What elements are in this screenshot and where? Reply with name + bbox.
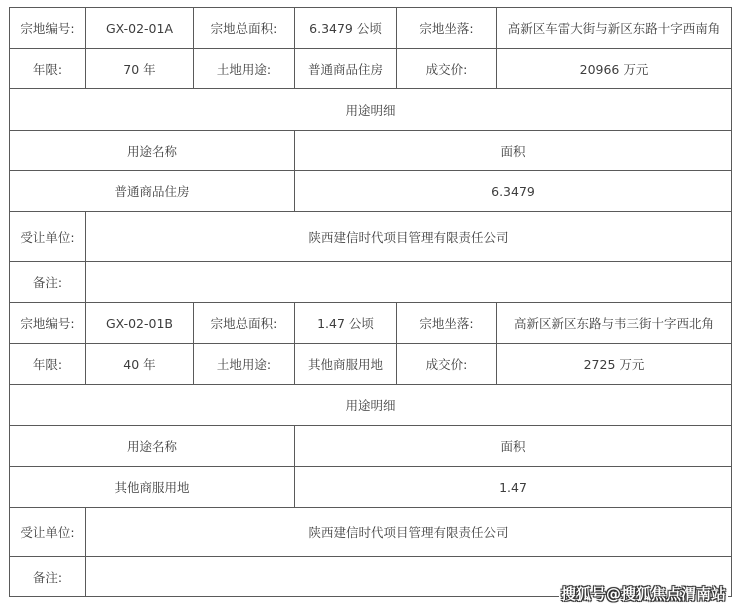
location-label: 宗地坐落: [397,8,497,49]
use-detail-heading: 用途明细 [10,385,732,426]
parcel-2-transferee-row: 受让单位: 陕西建信时代项目管理有限责任公司 [10,508,732,557]
transferee-label: 受让单位: [10,212,86,262]
parcel-1-row-id: 宗地编号: GX-02-01A 宗地总面积: 6.3479 公顷 宗地坐落: 高… [10,8,732,49]
location-label: 宗地坐落: [397,303,497,344]
use-detail-heading: 用途明细 [10,89,732,131]
parcel-2-use-detail-colheads: 用途名称 面积 [10,426,732,467]
area-header: 面积 [295,426,732,467]
parcel-2-use-detail-row: 其他商服用地 1.47 [10,467,732,508]
land-use-value: 普通商品住房 [295,49,397,89]
land-transaction-table: 宗地编号: GX-02-01A 宗地总面积: 6.3479 公顷 宗地坐落: 高… [9,7,732,597]
transferee-value: 陕西建信时代项目管理有限责任公司 [86,508,732,557]
parcel-no-value: GX-02-01B [86,303,194,344]
remarks-label: 备注: [10,262,86,303]
term-label: 年限: [10,49,86,89]
price-label: 成交价: [397,49,497,89]
parcel-no-label: 宗地编号: [10,303,86,344]
remarks-label: 备注: [10,557,86,597]
land-use-value: 其他商服用地 [295,344,397,385]
total-area-value: 6.3479 公顷 [295,8,397,49]
parcel-1-use-detail-colheads: 用途名称 面积 [10,131,732,171]
use-name-value: 普通商品住房 [10,171,295,212]
price-value: 2725 万元 [497,344,732,385]
parcel-1-transferee-row: 受让单位: 陕西建信时代项目管理有限责任公司 [10,212,732,262]
parcel-2-use-detail-header: 用途明细 [10,385,732,426]
price-value: 20966 万元 [497,49,732,89]
land-use-label: 土地用途: [194,344,295,385]
use-name-header: 用途名称 [10,426,295,467]
parcel-1-use-detail-header: 用途明细 [10,89,732,131]
land-transaction-sheet: 宗地编号: GX-02-01A 宗地总面积: 6.3479 公顷 宗地坐落: 高… [9,7,731,597]
price-label: 成交价: [397,344,497,385]
area-header: 面积 [295,131,732,171]
use-name-header: 用途名称 [10,131,295,171]
total-area-label: 宗地总面积: [194,303,295,344]
use-area-value: 6.3479 [295,171,732,212]
parcel-1-row-term: 年限: 70 年 土地用途: 普通商品住房 成交价: 20966 万元 [10,49,732,89]
parcel-2-row-term: 年限: 40 年 土地用途: 其他商服用地 成交价: 2725 万元 [10,344,732,385]
parcel-no-label: 宗地编号: [10,8,86,49]
parcel-1-remarks-row: 备注: [10,262,732,303]
parcel-2-row-id: 宗地编号: GX-02-01B 宗地总面积: 1.47 公顷 宗地坐落: 高新区… [10,303,732,344]
parcel-1-use-detail-row: 普通商品住房 6.3479 [10,171,732,212]
total-area-value: 1.47 公顷 [295,303,397,344]
transferee-value: 陕西建信时代项目管理有限责任公司 [86,212,732,262]
source-watermark: 搜狐号@搜狐焦点渭南站 [559,583,728,604]
use-area-value: 1.47 [295,467,732,508]
land-use-label: 土地用途: [194,49,295,89]
term-label: 年限: [10,344,86,385]
transferee-label: 受让单位: [10,508,86,557]
term-value: 70 年 [86,49,194,89]
location-value: 高新区新区东路与韦三街十字西北角 [497,303,732,344]
location-value: 高新区车雷大街与新区东路十字西南角 [497,8,732,49]
remarks-value [86,262,732,303]
parcel-no-value: GX-02-01A [86,8,194,49]
term-value: 40 年 [86,344,194,385]
total-area-label: 宗地总面积: [194,8,295,49]
use-name-value: 其他商服用地 [10,467,295,508]
